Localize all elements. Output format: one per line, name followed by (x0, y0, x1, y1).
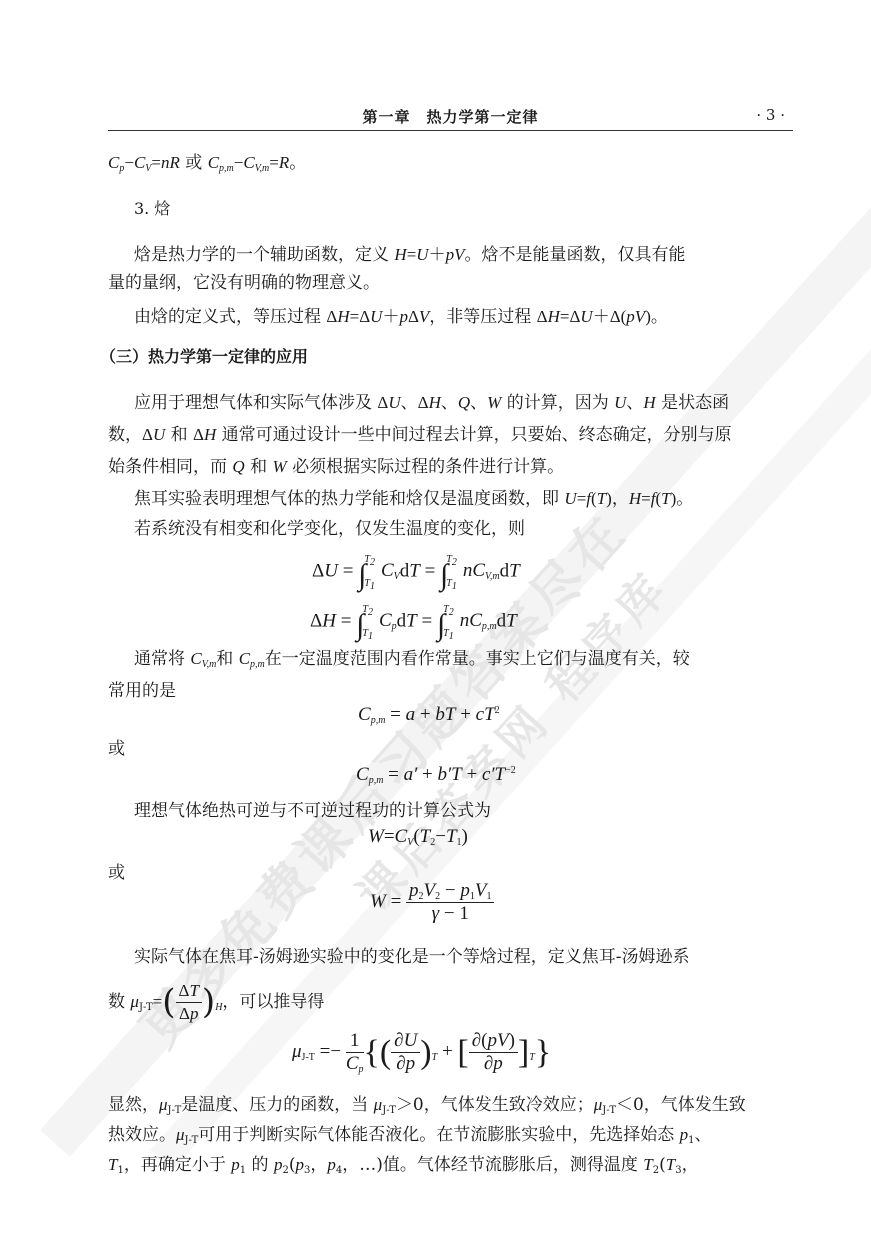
paragraph-line: 数，ΔU 和 ΔH 通常可通过设计一些中间过程去计算，只要始、终态确定，分别与原 (108, 424, 732, 446)
text: 的 (246, 1155, 274, 1175)
text: 应用于理想气体和实际气体涉及 (134, 393, 377, 413)
text: 必须根据实际过程的条件进行计算。 (287, 457, 564, 477)
text: 通常可通过设计一些中间过程去计算，只要始、终态确定，分别与原 (216, 425, 731, 445)
paragraph-line: 由焓的定义式，等压过程 ΔH=ΔU＋pΔV，非等压过程 ΔH=ΔU＋Δ(pV)。 (134, 306, 668, 328)
text: 热效应。 (108, 1125, 176, 1145)
equation-joule-thomson-coefficient: μJ-T =− 1Cp{(∂U∂p)T + [∂(pV)∂p]T} (292, 1030, 551, 1075)
text: 焦耳实验表明理想气体的热力学能和焓仅是温度函数，即 (134, 489, 564, 509)
equation-cpm-polynomial-1: Cp,m = a + bT + cT2 (358, 704, 500, 726)
equation-work-adiabatic-1: W=CV(T2−T1) (368, 826, 468, 848)
paragraph-line: 显然，μJ-T是温度、压力的函数，当 μJ-T＞0，气体发生致冷效应；μJ-T＜… (108, 1094, 746, 1116)
paragraph-line: 理想气体绝热可逆与不可逆过程功的计算公式为 (134, 800, 491, 822)
paragraph-line: 通常将 CV,m和 Cp,m在一定温度范围内看作常量。事实上它们与温度有关，较 (134, 648, 690, 670)
paragraph-line: 热效应。μJ-T可用于判断实际气体能否液化。在节流膨胀实验中，先选择始态 p1、 (108, 1124, 712, 1146)
text: 数， (108, 425, 142, 445)
paragraph-line: 实际气体在焦耳-汤姆逊实验中的变化是一个等焓过程，定义焦耳-汤姆逊系 (134, 946, 690, 968)
text: 。 (651, 307, 668, 327)
paragraph-line: 焓是热力学的一个辅助函数，定义 H=U＋pV。焓不是能量函数，仅具有能 (134, 244, 685, 266)
document-page: 第一章 热力学第一定律 · 3 · Cp−CV=nR 或 Cp,m−CV,m=R… (0, 0, 871, 1254)
section-heading-applications: （三）热力学第一定律的应用 (100, 346, 308, 368)
text: 。焓不是能量函数，仅具有能 (464, 245, 685, 265)
text: ，再确定小于 (124, 1155, 231, 1175)
text-or: 或 (108, 738, 125, 760)
paragraph-line: 量的量纲，它没有明确的物理意义。 (108, 272, 380, 294)
text: 和 (245, 457, 273, 477)
equation-work-adiabatic-2: W = p2V2 − p1V1γ − 1 (370, 880, 494, 925)
text: ＜0，气体发生致 (616, 1095, 746, 1115)
text: 焓是热力学的一个辅助函数，定义 (134, 245, 394, 265)
text: 。 (676, 489, 693, 509)
text: ＞0，气体发生致冷效应； (396, 1095, 594, 1115)
running-header: 第一章 热力学第一定律 · 3 · (108, 102, 793, 131)
equation-delta-H-integral: ΔH = ∫T2T1CpdT = ∫T2T1nCp,mdT (310, 598, 517, 646)
equation-heat-capacity-difference: Cp−CV=nR 或 Cp,m−CV,m=R。 (108, 152, 306, 174)
text: ， (682, 1155, 699, 1175)
paragraph-line: T1，再确定小于 p1 的 p2(p3，p4，…)值。气体经节流膨胀后，测得温度… (108, 1154, 699, 1176)
text-or: 或 (180, 153, 208, 173)
text: 的计算，因为 (501, 393, 614, 413)
text: 是状态函 (656, 393, 729, 413)
text: 在一定温度范围内看作常量。事实上它们与温度有关，较 (265, 649, 690, 669)
text: 可用于判断实际气体能否液化。在节流膨胀实验中，先选择始态 (198, 1125, 679, 1145)
text: ，可以推导得 (222, 992, 324, 1012)
text: 是温度、压力的函数，当 (181, 1095, 373, 1115)
text-or: 或 (108, 862, 125, 884)
chapter-title: 第一章 热力学第一定律 (108, 106, 793, 127)
paragraph-line: 常用的是 (108, 680, 176, 702)
text: 始条件相同，而 (108, 457, 232, 477)
paragraph-line: 始条件相同，而 Q 和 W 必须根据实际过程的条件进行计算。 (108, 456, 564, 478)
paragraph-line: 焦耳实验表明理想气体的热力学能和焓仅是温度函数，即 U=f(T)，H=f(T)。 (134, 488, 693, 510)
text: 和 (216, 649, 238, 669)
equation-delta-U-integral: ΔU = ∫T2T1CVdT = ∫T2T1nCV,mdT (312, 548, 520, 596)
paragraph-line: 数 μJ-T=(ΔTΔp)H，可以推导得 (108, 980, 324, 1025)
text: 和 (165, 425, 193, 445)
paragraph-line: 应用于理想气体和实际气体涉及 ΔU、ΔH、Q、W 的计算，因为 U、H 是状态函 (134, 392, 729, 414)
text: 显然， (108, 1095, 159, 1115)
text: 数 (108, 992, 130, 1012)
text: 由焓的定义式，等压过程 (134, 307, 326, 327)
page-number: · 3 · (756, 106, 785, 124)
paragraph-line: 若系统没有相变和化学变化，仅发生温度的变化，则 (134, 518, 525, 540)
text: ，非等压过程 (429, 307, 536, 327)
text: 、 (695, 1125, 712, 1145)
text: 值。气体经节流膨胀后，测得温度 (383, 1155, 643, 1175)
text: 通常将 (134, 649, 190, 669)
text-period: 。 (289, 153, 306, 173)
subsection-heading-enthalpy: 3. 焓 (134, 198, 170, 220)
text: ， (612, 489, 629, 509)
equation-cpm-polynomial-2: Cp,m = a′ + b′T + c′T−2 (356, 764, 516, 786)
